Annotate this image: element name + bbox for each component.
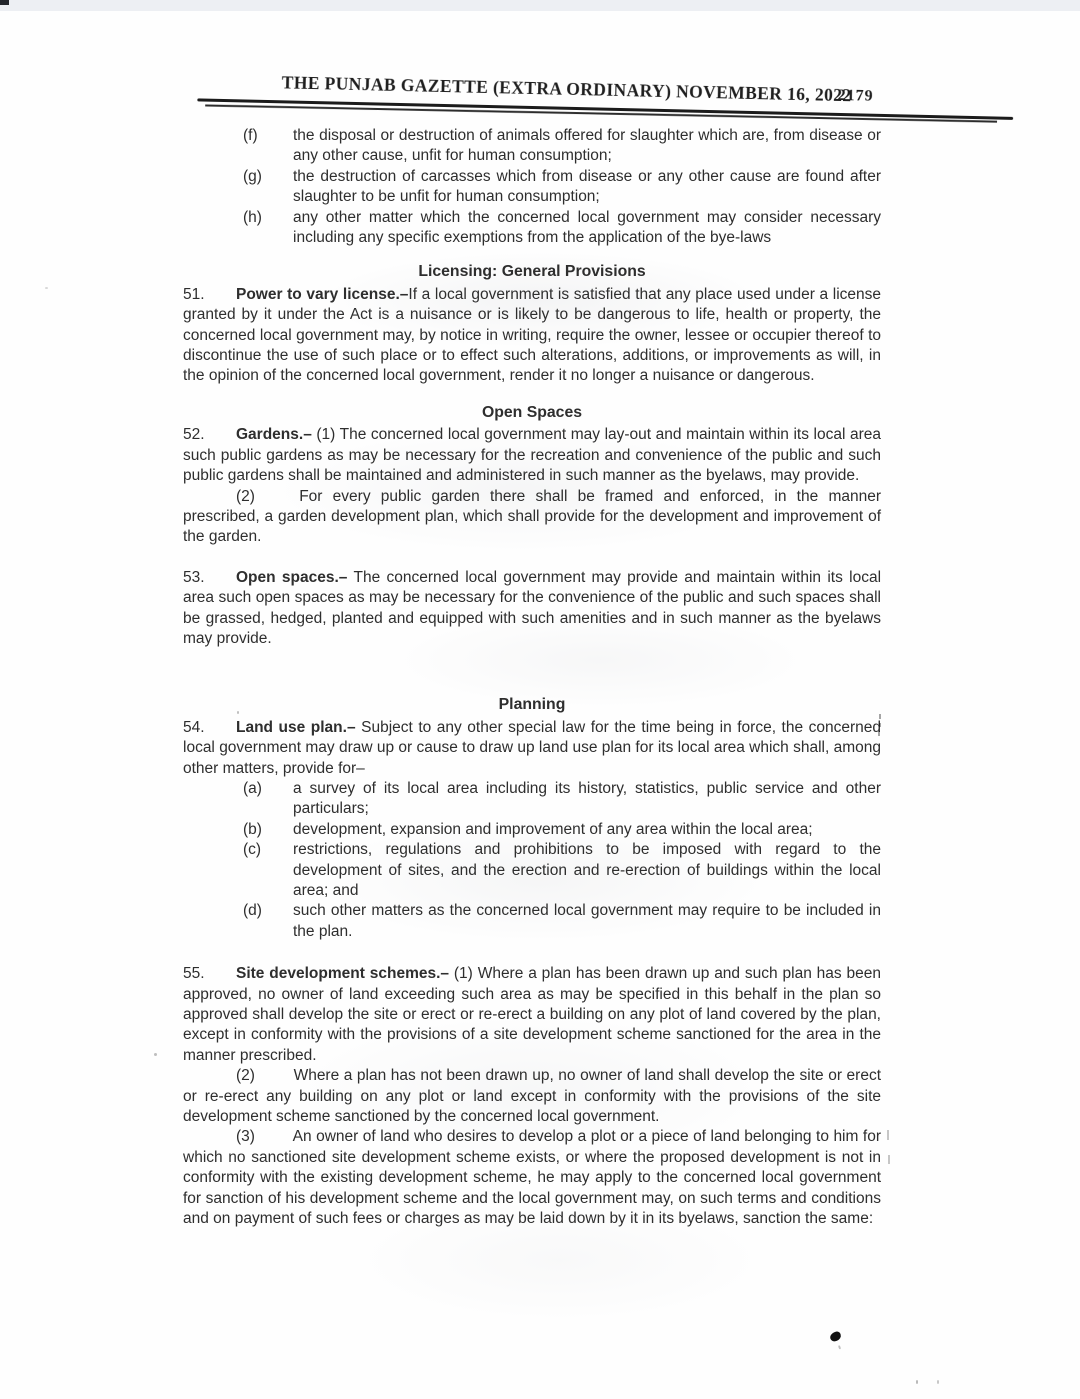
clause-number: 51. bbox=[183, 285, 236, 305]
clause-55-subpara-3: (3) An owner of land who desires to deve… bbox=[183, 1127, 881, 1229]
list-item-text: a survey of its local area including its… bbox=[293, 779, 881, 820]
list-item-text: the disposal or destruction of animals o… bbox=[293, 126, 881, 167]
list-item-label: (d) bbox=[243, 901, 293, 942]
heading-planning: Planning bbox=[183, 695, 881, 715]
list-item-text: the destruction of carcasses which from … bbox=[293, 167, 881, 208]
header-rule-thick bbox=[197, 98, 1013, 120]
scan-speck-artifact bbox=[237, 711, 239, 714]
page-number: 2179 bbox=[837, 87, 873, 106]
list-item-text: restrictions, regulations and prohibitio… bbox=[293, 840, 881, 901]
clause-title: Site development schemes.– bbox=[236, 965, 449, 982]
clause-title: Open spaces.– bbox=[236, 569, 347, 586]
document-body: (f) the disposal or destruction of anima… bbox=[183, 126, 881, 1230]
clause-52-subpara-2: (2) For every public garden there shall … bbox=[183, 487, 881, 548]
list-item: (a) a survey of its local area including… bbox=[183, 779, 881, 820]
list-item-text: such other matters as the concerned loca… bbox=[293, 901, 881, 942]
scan-dash-artifact bbox=[879, 723, 881, 727]
scan-speck-artifact bbox=[916, 1380, 918, 1384]
list-item-label: (f) bbox=[243, 126, 293, 167]
list-item-label: (g) bbox=[243, 167, 293, 208]
list-item-text: any other matter which the concerned loc… bbox=[293, 208, 881, 249]
clause-number: 55. bbox=[183, 964, 236, 984]
clause-53: 53.Open spaces.– The concerned local gov… bbox=[183, 568, 881, 650]
scan-speck-artifact bbox=[937, 1380, 939, 1384]
subpara-label: (2) bbox=[236, 487, 289, 507]
scan-dash-artifact bbox=[879, 714, 881, 719]
scan-corner-mark bbox=[0, 0, 9, 5]
heading-licensing: Licensing: General Provisions bbox=[183, 262, 881, 282]
clause-title: Gardens.– bbox=[236, 426, 312, 443]
clause-number: 53. bbox=[183, 568, 236, 588]
clause-number: 52. bbox=[183, 425, 236, 445]
list-item: (f) the disposal or destruction of anima… bbox=[183, 126, 881, 167]
scan-speck-artifact bbox=[154, 1053, 157, 1056]
clause-54: 54.Land use plan.– Subject to any other … bbox=[183, 718, 881, 779]
list-item-text: development, expansion and improvement o… bbox=[293, 820, 881, 840]
list-item-label: (h) bbox=[243, 208, 293, 249]
ink-blot-artifact bbox=[829, 1331, 842, 1343]
list-item: (h) any other matter which the concerned… bbox=[183, 208, 881, 249]
subpara-label: (2) bbox=[236, 1066, 289, 1086]
subpara-label: (3) bbox=[236, 1127, 289, 1147]
clause-55-subpara-2: (2) Where a plan has not been drawn up, … bbox=[183, 1066, 881, 1127]
list-item: (d) such other matters as the concerned … bbox=[183, 901, 881, 942]
scan-dash-artifact bbox=[887, 1130, 889, 1140]
list-item-label: (c) bbox=[243, 840, 293, 901]
scan-dash-artifact bbox=[878, 731, 880, 736]
scan-top-strip bbox=[0, 0, 1080, 11]
gazette-title: THE PUNJAB GAZETTE (EXTRA ORDINARY) NOVE… bbox=[281, 72, 851, 106]
scan-dash-artifact bbox=[888, 1155, 890, 1164]
scanned-gazette-page: THE PUNJAB GAZETTE (EXTRA ORDINARY) NOVE… bbox=[0, 0, 1080, 1399]
list-item: (g) the destruction of carcasses which f… bbox=[183, 167, 881, 208]
clause-55: 55.Site development schemes.– (1) Where … bbox=[183, 964, 881, 1066]
list-item: (b) development, expansion and improveme… bbox=[183, 820, 881, 840]
heading-open-spaces: Open Spaces bbox=[183, 403, 881, 423]
clause-title: Land use plan.– bbox=[236, 719, 356, 736]
list-item-label: (a) bbox=[243, 779, 293, 820]
clause-title: Power to vary license.– bbox=[236, 286, 408, 303]
bye-laws-subclause-list: (f) the disposal or destruction of anima… bbox=[183, 126, 881, 248]
clause-51: 51.Power to vary license.–If a local gov… bbox=[183, 285, 881, 387]
list-item-label: (b) bbox=[243, 820, 293, 840]
clause-number: 54. bbox=[183, 718, 236, 738]
scan-speck-artifact bbox=[45, 287, 48, 289]
list-item: (c) restrictions, regulations and prohib… bbox=[183, 840, 881, 901]
land-use-plan-item-list: (a) a survey of its local area including… bbox=[183, 779, 881, 942]
clause-52: 52.Gardens.– (1) The concerned local gov… bbox=[183, 425, 881, 486]
